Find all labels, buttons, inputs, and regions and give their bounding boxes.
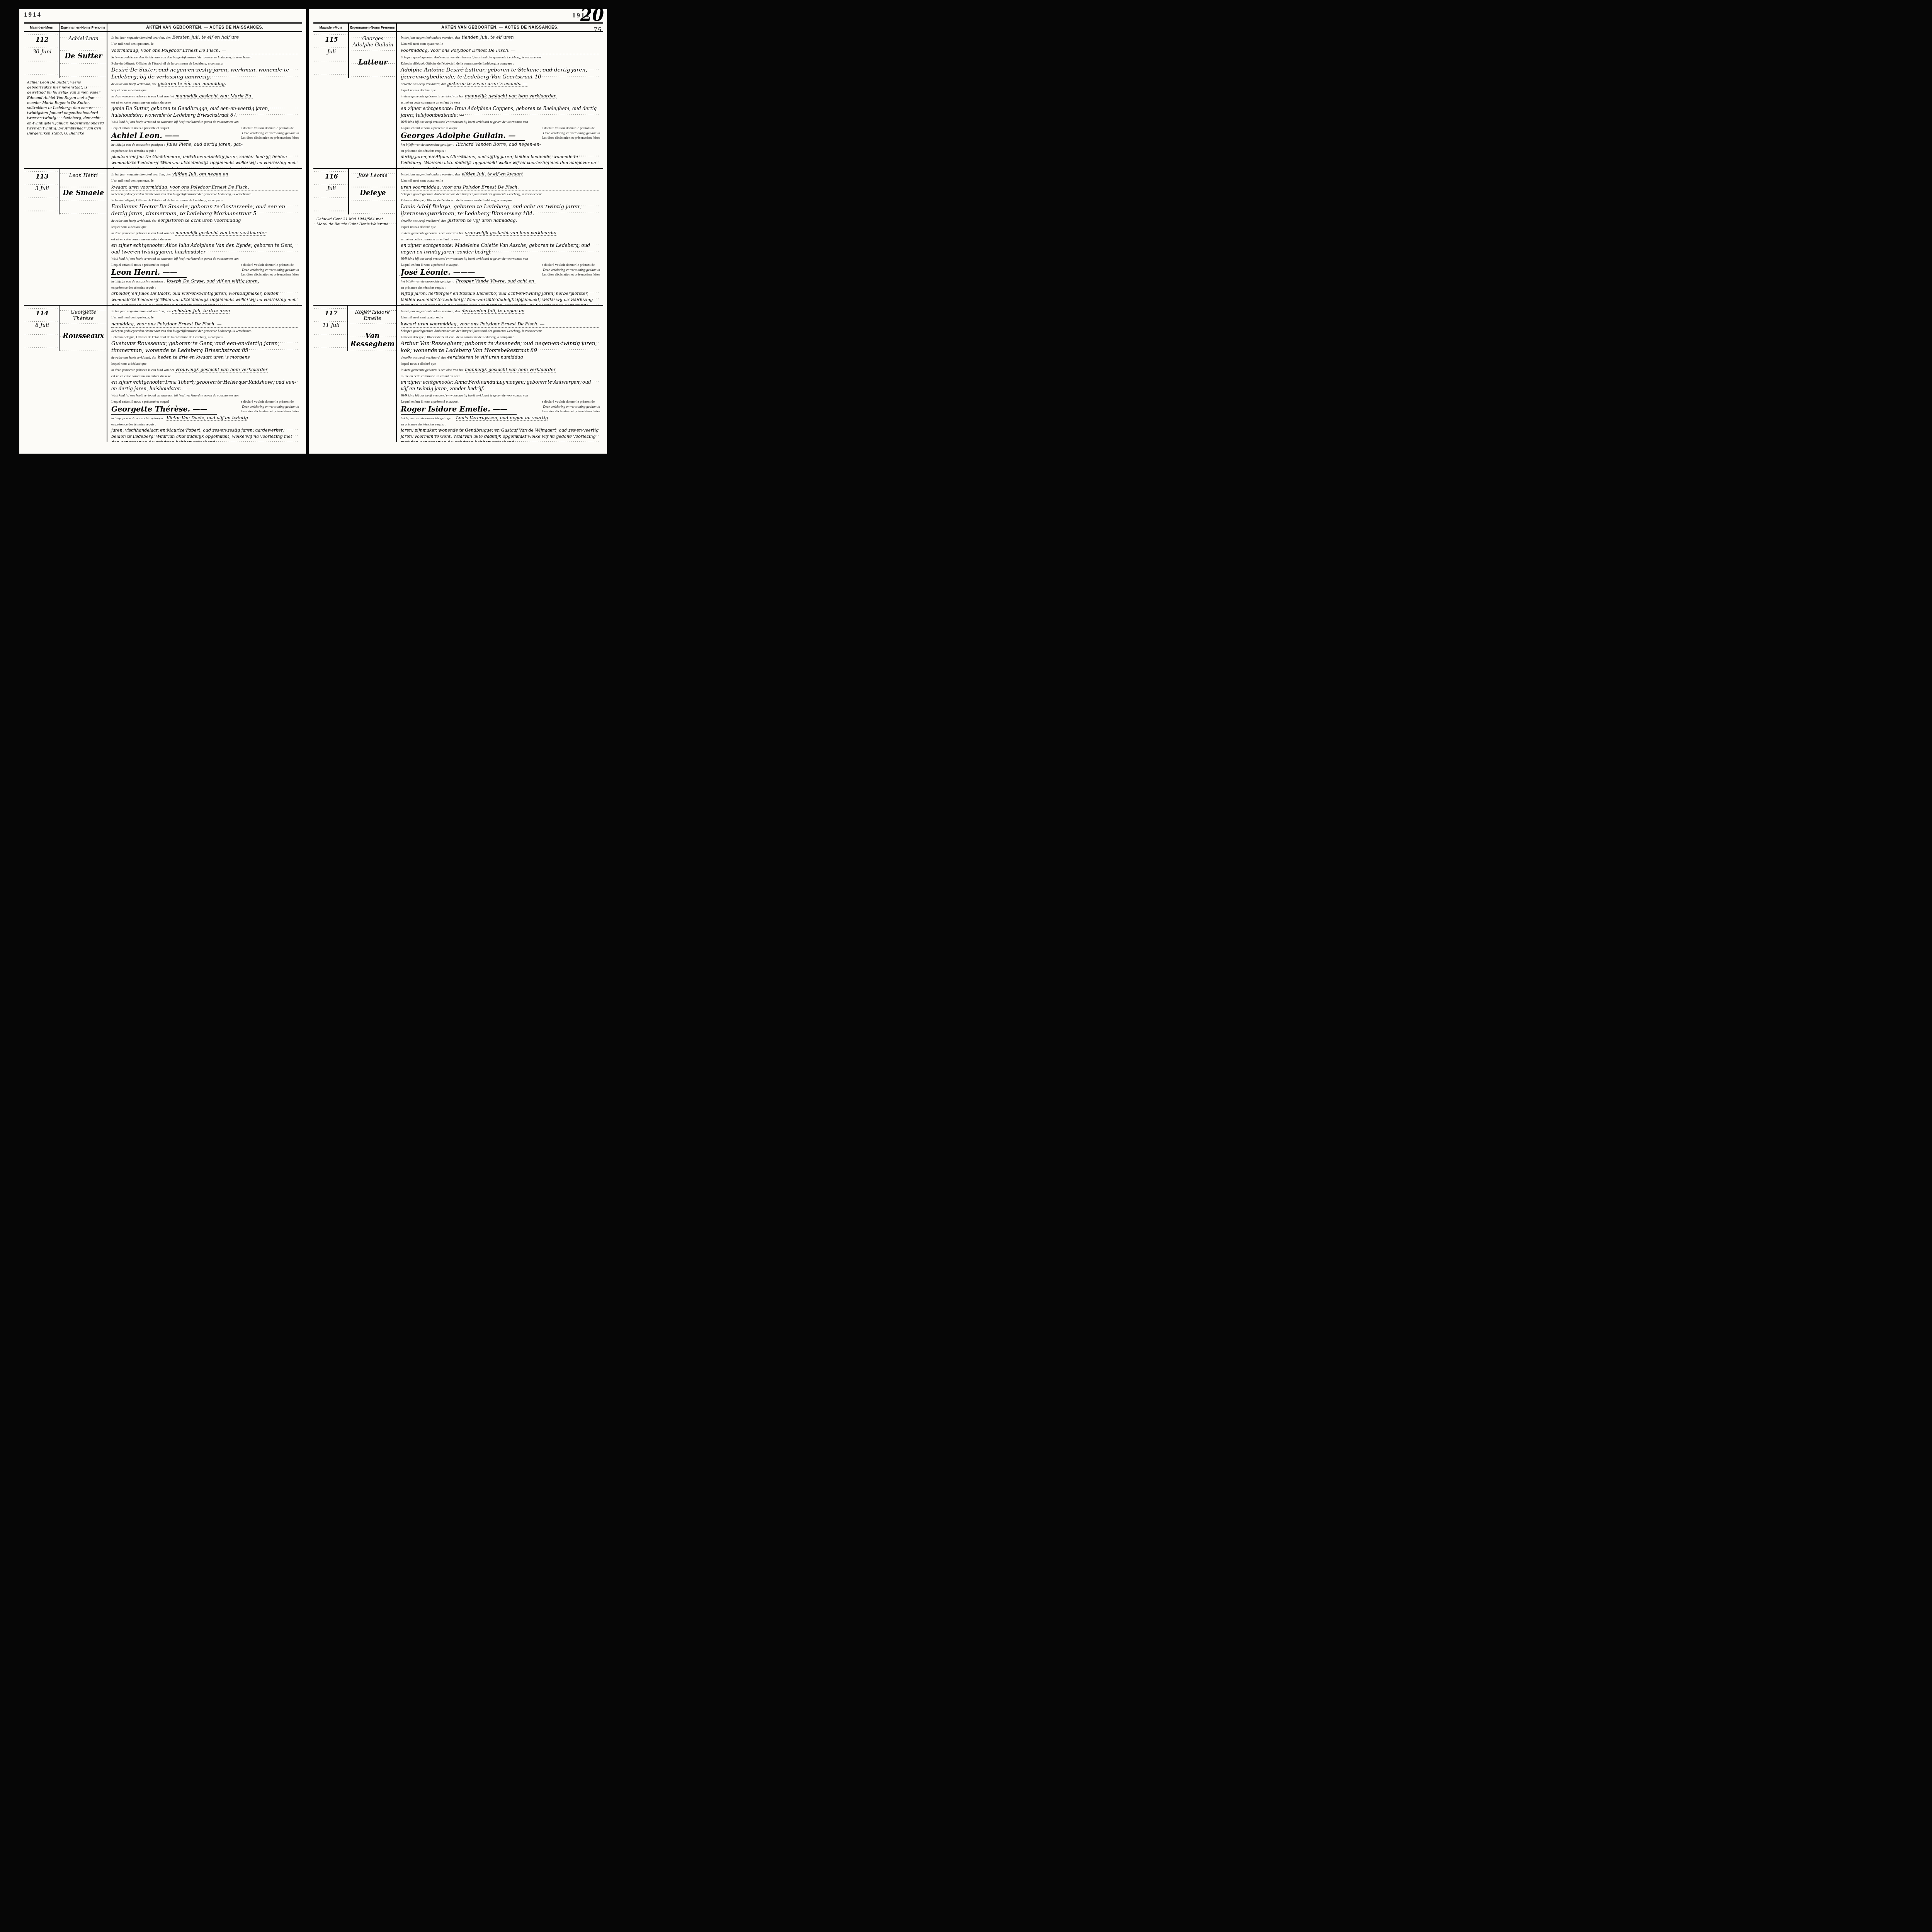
printed-presented-fr-right: a déclaré vouloir donner le prénom de: [542, 262, 595, 268]
act-date: Juli: [316, 49, 347, 55]
page-head-left: 1914: [24, 11, 302, 22]
act-line-opening: In het jaar negentienhonderd veertien, d…: [401, 308, 600, 314]
hw-witness-1: Louis Vercruyssen, oud negen-en-veertig: [456, 415, 548, 421]
act-number: 117: [316, 310, 346, 317]
printed-appeared-fr: Echevin délégué, Officier de l'état-civi…: [111, 197, 299, 203]
hw-declarant: Arthur Van Resseghem, geboren te Assened…: [401, 340, 600, 354]
hw-declarant: Desiré De Sutter, oud negen-en-zestig ja…: [111, 66, 299, 80]
hw-child-sex: mannelijk geslacht van hem verklaarder: [465, 367, 556, 372]
printed-declared-fr: lequel nous a déclaré que: [111, 87, 299, 93]
act-text-cell: In het jaar negentienhonderd veertien, d…: [107, 306, 302, 442]
hw-birth-moment: gisteren te zeven uren 's avonds. —: [447, 81, 527, 87]
printed-witness-nl: het bijzijn van de aanzochte getuigen :: [111, 416, 165, 420]
act-line-declared: dewelke ons heeft verklaard, dat eergist…: [111, 218, 299, 224]
entry-name-cell: Leon Henri De Smaele: [60, 169, 107, 214]
printed-declaration-done: Deze verklaring en vertooning gedaan in …: [542, 405, 600, 413]
printed-decl-done-nl: Deze verklaring en vertooning gedaan in: [241, 268, 299, 272]
entry-left-row: 112 30 Juni Achiel Leon De Sutter: [24, 32, 107, 78]
printed-declared-fr: lequel nous a déclaré que: [401, 87, 600, 93]
printed-appeared-fr: Echevin délégué, Officier de l'état-civi…: [401, 61, 600, 66]
printed-presented-fr-right: a déclaré vouloir donner le prénom de: [241, 125, 294, 131]
act-date: Juli: [316, 185, 347, 192]
hw-birth-moment: heden te drie en kwaart uren 's morgens: [158, 354, 250, 360]
hw-officer: namiddag, voor ons Polydoor Ernest De Fi…: [111, 320, 299, 328]
register-page-right: 1914 20 75 Maanden-Mois Eigennamen-Noms …: [309, 9, 607, 454]
child-surname: Latteur: [351, 58, 395, 66]
act-line-witnesses: het bijzijn van de aanzochte getuigen : …: [401, 141, 600, 148]
printed-declared-nl: dewelke ons heeft verklaard, dat: [111, 355, 156, 359]
hw-mother: en zijner echtgenoote: Anna Ferdinanda L…: [401, 379, 600, 392]
entry-left-row: 115 Juli Georges Adolphe Guilain Latteur: [313, 32, 396, 78]
printed-presented-fr-left: Lequel enfant il nous a présenté et auqu…: [401, 399, 459, 405]
printed-decl-done-nl: Deze verklaring en vertooning gedaan in: [241, 405, 299, 409]
act-number: 115: [316, 36, 347, 43]
entry-name-cell: Roger Isidore Emelie Van Resseghem: [348, 306, 396, 351]
hw-mother: en zijner echtgenoote: Irma Adolphina Co…: [401, 105, 600, 119]
act-line-born: in deze gemeente geboren is een kind van…: [401, 367, 600, 373]
act-line-witnesses: het bijzijn van de aanzochte getuigen : …: [111, 415, 299, 421]
printed-presented-nl: Welk kind hij ons heeft vertoond en waar…: [111, 119, 299, 125]
entry-left-row: 114 8 Juli Georgette Thérèse Rousseaux: [24, 306, 107, 351]
act-number: 114: [27, 310, 57, 317]
entry-date-cell: 117 11 Juli: [313, 306, 348, 351]
printed-born-fr: est né en cette commune un enfant du sex…: [401, 100, 600, 105]
printed-presented-fr-right: a déclaré vouloir donner le prénom de: [542, 125, 595, 131]
entry-date-cell: 116 Juli: [313, 169, 349, 214]
printed-declaration-done: Deze verklaring en vertooning gedaan in …: [241, 131, 299, 140]
printed-born-fr: est né en cette commune un enfant du sex…: [401, 236, 600, 242]
printed-decl-done-nl: Deze verklaring en vertooning gedaan in: [542, 268, 600, 272]
printed-presented-nl: Welk kind hij ons heeft vertoond en waar…: [401, 119, 600, 125]
printed-appeared-fr: Echevin délégué, Officier de l'état-civi…: [111, 334, 299, 340]
printed-opening-fr: L'an mil neuf cent quatorze, le: [111, 315, 299, 320]
printed-declared-fr: lequel nous a déclaré que: [401, 361, 600, 367]
column-header-month: Maanden-Mois: [24, 24, 60, 31]
hw-child-sex: mannelijk geslacht van hem verklaarder,: [465, 93, 557, 99]
printed-opening-nl: In het jaar negentienhonderd veertien, d…: [401, 172, 460, 176]
printed-presented-nl: Welk kind hij ons heeft vertoond en waar…: [401, 256, 600, 262]
margin-annotation: Achiel Leon De Sutter, wiens geboorteakt…: [24, 78, 107, 136]
printed-born-fr: est né en cette commune un enfant du sex…: [111, 100, 299, 105]
printed-witness-nl: het bijzijn van de aanzochte getuigen :: [401, 143, 454, 146]
act-number: 112: [27, 36, 57, 43]
act-line-declared: dewelke ons heeft verklaard, dat gistere…: [401, 218, 600, 224]
printed-appeared-nl: Schepen gedelegeerden Ambtenaar van den …: [401, 191, 600, 197]
printed-decl-done-nl: Deze verklaring en vertooning gedaan in: [241, 131, 299, 136]
act-text-cell: In het jaar negentienhonderd veertien, d…: [107, 32, 302, 168]
printed-witness-nl: het bijzijn van de aanzochte getuigen :: [401, 416, 454, 420]
hw-child-sex: mannelijk geslacht van: Marie Eu-: [175, 93, 253, 99]
column-header-names: Eigennamen-Noms Prenoms: [349, 24, 397, 31]
printed-presented-fr: Lequel enfant il nous a présenté et auqu…: [401, 262, 600, 268]
act-line-witnesses: het bijzijn van de aanzochte getuigen : …: [111, 278, 299, 284]
printed-declaration-done: Deze verklaring en vertooning gedaan in …: [241, 405, 299, 413]
act-child-name-row: Roger Isidore Emelie. —— Deze verklaring…: [401, 405, 600, 415]
printed-appeared-fr: Echevin délégué, Officier de l'état-civi…: [401, 197, 600, 203]
act-text-cell: In het jaar negentienhonderd veertien, d…: [397, 169, 603, 305]
register-entry-117: 117 11 Juli Roger Isidore Emelie Van Res…: [313, 305, 603, 442]
printed-decl-done-fr: Les dites déclaration et présentation fa…: [542, 136, 600, 140]
act-line-declared: dewelke ons heeft verklaard, dat gistere…: [401, 81, 600, 87]
scanned-register-spread: 1914 Maanden-Mois Eigennamen-Noms Prenom…: [0, 0, 617, 459]
hw-opening: dertienden Juli, te negen en: [462, 308, 525, 314]
printed-declared-nl: dewelke ons heeft verklaard, dat: [111, 82, 156, 86]
hw-witness-2: arbeider, en Jules De Baets, oud vier-en…: [111, 291, 299, 305]
table-header: Maanden-Mois Eigennamen-Noms Prenoms AKT…: [313, 22, 603, 32]
printed-opening-nl: In het jaar negentienhonderd veertien, d…: [111, 309, 171, 313]
hw-opening: Eersten Juli, te elf en half ure: [172, 34, 239, 40]
act-line-declared: dewelke ons heeft verklaard, dat heden t…: [111, 354, 299, 361]
printed-appeared-nl: Schepen gedelegeerden Ambtenaar van den …: [401, 54, 600, 60]
hw-witness-1: Jules Piens, oud dertig jaren, gaz-: [167, 141, 243, 147]
act-line-opening: In het jaar negentienhonderd veertien, d…: [111, 308, 299, 314]
printed-presented-fr: Lequel enfant il nous a présenté et auqu…: [111, 125, 299, 131]
hw-birth-moment: eergisteren te acht uren voormiddag: [158, 218, 241, 223]
register-page-left: 1914 Maanden-Mois Eigennamen-Noms Prenom…: [19, 9, 306, 454]
printed-opening-nl: In het jaar negentienhonderd veertien, d…: [111, 36, 171, 39]
child-surname: De Smaele: [62, 189, 105, 197]
printed-witness-fr: en présence des témoins requis :: [111, 422, 299, 427]
entry-left-columns: 117 11 Juli Roger Isidore Emelie Van Res…: [313, 306, 397, 442]
entry-left-columns: 115 Juli Georges Adolphe Guilain Latteur: [313, 32, 397, 168]
act-date: 3 Juli: [27, 185, 57, 192]
printed-witness-fr: en présence des témoins requis :: [111, 285, 299, 291]
printed-opening-fr: L'an mil neuf cent quatorze, le: [111, 41, 299, 47]
printed-witness-nl: het bijzijn van de aanzochte getuigen :: [111, 143, 165, 146]
entry-date-cell: 115 Juli: [313, 32, 349, 78]
act-text-cell: In het jaar negentienhonderd veertien, d…: [107, 169, 302, 305]
printed-presented-fr: Lequel enfant il nous a présenté et auqu…: [401, 399, 600, 405]
hw-declarant: Emilianus Hector De Smaele, geboren te O…: [111, 203, 299, 217]
column-header-acts: AKTEN VAN GEBOORTEN. — ACTES DE NAISSANC…: [397, 24, 603, 31]
hw-witness-1: Prosper Vande Vivere, oud acht-en-: [456, 278, 536, 284]
act-line-opening: In het jaar negentienhonderd veertien, d…: [111, 34, 299, 41]
hw-officer: voormiddag, voor ons Polydoor Ernest De …: [401, 47, 600, 54]
act-line-witnesses: het bijzijn van de aanzochte getuigen : …: [111, 141, 299, 148]
printed-decl-done-nl: Deze verklaring en vertooning gedaan in: [542, 405, 600, 409]
printed-declared-fr: lequel nous a déclaré que: [111, 224, 299, 230]
hw-declarant: Adolphe Antoine Desiré Latteur, geboren …: [401, 66, 600, 80]
child-given-names: Roger Isidore Emelie: [350, 310, 395, 322]
child-surname: Van Resseghem: [350, 332, 395, 348]
hw-child-sex: vrouwelijk geslacht van hem verklaarder: [175, 367, 268, 372]
hw-officer: kwaart uren voormiddag, voor ons Polydoo…: [401, 320, 600, 328]
hw-child-name: Achiel Leon. ——: [111, 131, 189, 141]
act-child-name-row: Leon Henri. —— Deze verklaring en vertoo…: [111, 268, 299, 278]
printed-witness-fr: en présence des témoins requis :: [401, 148, 600, 154]
printed-declared-fr: lequel nous a déclaré que: [401, 224, 600, 230]
printed-appeared-nl: Schepen gedelegeerden Ambtenaar van den …: [111, 328, 299, 334]
hw-witness-2: dertig jaren, en Alfons Christiaens, oud…: [401, 154, 600, 168]
register-entry-113: 113 3 Juli Leon Henri De Smaele In het j…: [24, 168, 302, 305]
act-line-born: in deze gemeente geboren is een kind van…: [111, 367, 299, 373]
act-child-name-row: Georgette Thérèse. —— Deze verklaring en…: [111, 405, 299, 415]
printed-decl-done-nl: Deze verklaring en vertooning gedaan in: [542, 131, 600, 136]
printed-presented-fr-right: a déclaré vouloir donner le prénom de: [241, 399, 294, 405]
printed-presented-nl: Welk kind hij ons heeft vertoond en waar…: [401, 393, 600, 398]
entry-left-row: 113 3 Juli Leon Henri De Smaele: [24, 169, 107, 214]
act-line-born: in deze gemeente geboren is een kind van…: [401, 230, 600, 236]
printed-appeared-nl: Schepen gedelegeerden Ambtenaar van den …: [111, 191, 299, 197]
hw-witness-1: Richard Vanden Borre, oud negen-en-: [456, 141, 541, 147]
printed-born-nl: in deze gemeente geboren is een kind van…: [111, 231, 174, 235]
printed-declared-nl: dewelke ons heeft verklaard, dat: [401, 355, 446, 359]
hw-mother: en zijner echtgenoote: Madeleine Colette…: [401, 242, 600, 255]
printed-declared-nl: dewelke ons heeft verklaard, dat: [401, 82, 446, 86]
act-line-declared: dewelke ons heeft verklaard, dat gistere…: [111, 81, 299, 87]
act-child-name-row: Georges Adolphe Guilain. — Deze verklari…: [401, 131, 600, 141]
printed-presented-fr: Lequel enfant il nous a présenté et auqu…: [111, 399, 299, 405]
printed-born-fr: est né en cette commune un enfant du sex…: [401, 373, 600, 379]
hw-witness-2: jaren, vischhandelaar, en Maurice Fobert…: [111, 427, 299, 442]
printed-decl-done-fr: Les dites déclaration et présentation fa…: [241, 409, 299, 414]
printed-declared-fr: lequel nous a déclaré que: [111, 361, 299, 367]
act-child-name-row: Achiel Leon. —— Deze verklaring en verto…: [111, 131, 299, 141]
printed-opening-fr: L'an mil neuf cent quatorze, le: [111, 178, 299, 184]
printed-presented-fr-left: Lequel enfant il nous a présenté et auqu…: [111, 262, 169, 268]
act-text-cell: In het jaar negentienhonderd veertien, d…: [397, 32, 603, 168]
hw-birth-moment: gisteren te één uur namiddag.: [158, 81, 226, 87]
entry-name-cell: José Léonie Deleye: [349, 169, 396, 214]
printed-appeared-nl: Schepen gedelegeerden Ambtenaar van den …: [111, 54, 299, 60]
act-date: 11 Juli: [316, 322, 346, 328]
act-number: 116: [316, 173, 347, 180]
printed-presented-fr: Lequel enfant il nous a présenté et auqu…: [401, 125, 600, 131]
printed-appeared-fr: Echevin délégué, Officier de l'état-civi…: [401, 334, 600, 340]
printed-presented-fr-left: Lequel enfant il nous a présenté et auqu…: [111, 399, 169, 405]
act-text-cell: In het jaar negentienhonderd veertien, d…: [397, 306, 603, 442]
child-given-names: Georgette Thérèse: [62, 310, 105, 322]
register-entry-112: 112 30 Juni Achiel Leon De Sutter Achiel…: [24, 32, 302, 168]
register-entry-115: 115 Juli Georges Adolphe Guilain Latteur…: [313, 32, 603, 168]
hw-child-name: Georges Adolphe Guilain. —: [401, 131, 525, 141]
act-line-born: in deze gemeente geboren is een kind van…: [111, 230, 299, 236]
act-date: 8 Juli: [27, 322, 57, 328]
printed-opening-nl: In het jaar negentienhonderd veertien, d…: [111, 172, 171, 176]
child-given-names: Georges Adolphe Guilain: [351, 36, 395, 48]
hw-officer: kwaart uren voormiddag, voor ons Polydoo…: [111, 184, 299, 191]
hw-witness-2: plaatser en Jan De Guchtenaere, oud drie…: [111, 154, 299, 168]
printed-presented-fr: Lequel enfant il nous a présenté et auqu…: [111, 262, 299, 268]
hw-declarant: Louis Adolf Deleye, geboren te Ledeberg,…: [401, 203, 600, 217]
printed-witness-nl: het bijzijn van de aanzochte getuigen :: [111, 279, 165, 283]
handwritten-folio-number: 75: [593, 26, 602, 34]
column-header-acts: AKTEN VAN GEBOORTEN. — ACTES DE NAISSANC…: [107, 24, 302, 31]
printed-opening-fr: L'an mil neuf cent quatorze, le: [401, 41, 600, 47]
printed-born-nl: in deze gemeente geboren is een kind van…: [401, 368, 463, 372]
printed-witness-fr: en présence des témoins requis :: [111, 148, 299, 154]
hw-child-name: José Léonie. ———: [401, 268, 485, 278]
printed-witness-fr: en présence des témoins requis :: [401, 285, 600, 291]
book-spread: 1914 Maanden-Mois Eigennamen-Noms Prenom…: [0, 0, 617, 457]
entry-date-cell: 113 3 Juli: [24, 169, 60, 214]
printed-opening-nl: In het jaar negentienhonderd veertien, d…: [401, 36, 460, 39]
hw-witness-2: jaren, pijnmaker, wonende te Gendbrugge,…: [401, 427, 600, 442]
printed-presented-nl: Welk kind hij ons heeft vertoond en waar…: [111, 393, 299, 398]
hw-opening: achtsten Juli, te drie uren: [172, 308, 230, 314]
hw-mother: en zijner echtgenoote: Alice Julia Adolp…: [111, 242, 299, 255]
entry-name-cell: Achiel Leon De Sutter: [60, 32, 107, 78]
entry-date-cell: 112 30 Juni: [24, 32, 60, 78]
act-number: 113: [27, 173, 57, 180]
act-child-name-row: José Léonie. ——— Deze verklaring en vert…: [401, 268, 600, 278]
printed-decl-done-fr: Les dites déclaration et présentation fa…: [241, 272, 299, 277]
printed-appeared-nl: Schepen gedelegeerden Ambtenaar van den …: [401, 328, 600, 334]
entry-name-cell: Georges Adolphe Guilain Latteur: [349, 32, 396, 78]
printed-decl-done-fr: Les dites déclaration et présentation fa…: [542, 409, 600, 414]
printed-decl-done-fr: Les dites déclaration et présentation fa…: [241, 136, 299, 140]
hw-witness-2: vijftig jaren, herbergier en Rosalie Bis…: [401, 291, 600, 305]
printed-opening-fr: L'an mil neuf cent quatorze, le: [401, 315, 600, 320]
printed-born-nl: in deze gemeente geboren is een kind van…: [401, 231, 463, 235]
entry-date-cell: 114 8 Juli: [24, 306, 60, 351]
printed-appeared-fr: Echevin délégué, Officier de l'état-civi…: [111, 61, 299, 66]
act-line-opening: In het jaar negentienhonderd veertien, d…: [401, 34, 600, 41]
printed-presented-fr-right: a déclaré vouloir donner le prénom de: [542, 399, 595, 405]
printed-presented-fr-right: a déclaré vouloir donner le prénom de: [241, 262, 294, 268]
page-year: 1914: [24, 11, 42, 18]
hw-witness-1: Victor Van Daele, oud vijf-en-twintig: [167, 415, 248, 421]
act-line-opening: In het jaar negentienhonderd veertien, d…: [401, 171, 600, 177]
hw-declarant: Gustavus Rousseaux, geboren te Gent, oud…: [111, 340, 299, 354]
register-entry-116: 116 Juli José Léonie Deleye Gehuwd Gent …: [313, 168, 603, 305]
printed-declaration-done: Deze verklaring en vertooning gedaan in …: [241, 268, 299, 277]
table-header: Maanden-Mois Eigennamen-Noms Prenoms AKT…: [24, 22, 302, 32]
printed-born-nl: in deze gemeente geboren is een kind van…: [111, 94, 174, 98]
hw-opening: vijfden Juli, om negen en: [172, 171, 228, 177]
child-given-names: José Léonie: [351, 173, 395, 179]
printed-declared-nl: dewelke ons heeft verklaard, dat: [401, 219, 446, 223]
handwritten-page-number: 20: [580, 5, 604, 25]
printed-born-nl: in deze gemeente geboren is een kind van…: [401, 94, 463, 98]
child-surname: De Sutter: [62, 52, 105, 60]
page-head-right: 1914 20 75: [313, 11, 603, 22]
child-surname: Deleye: [351, 189, 395, 197]
printed-born-fr: est né en cette commune un enfant du sex…: [111, 373, 299, 379]
child-given-names: Leon Henri: [62, 173, 105, 179]
hw-child-sex: mannelijk geslacht van hem verklaarder: [175, 230, 266, 236]
act-line-born: in deze gemeente geboren is een kind van…: [401, 93, 600, 99]
entry-left-columns: 113 3 Juli Leon Henri De Smaele: [24, 169, 107, 305]
hw-child-sex: vrouwelijk geslacht van hem verklaarder: [465, 230, 557, 236]
register-entry-114: 114 8 Juli Georgette Thérèse Rousseaux I…: [24, 305, 302, 442]
printed-born-fr: est né en cette commune un enfant du sex…: [111, 236, 299, 242]
act-line-witnesses: het bijzijn van de aanzochte getuigen : …: [401, 415, 600, 421]
hw-opening: tienden Juli, te elf uren: [462, 34, 514, 40]
hw-birth-moment: gisteren te vijf uren namiddag,: [447, 218, 517, 223]
hw-witness-1: Joseph De Gryse, oud vijf-en-vijftig jar…: [167, 278, 259, 284]
act-line-opening: In het jaar negentienhonderd veertien, d…: [111, 171, 299, 177]
printed-opening-fr: L'an mil neuf cent quatorze, le: [401, 178, 600, 184]
column-header-month: Maanden-Mois: [313, 24, 349, 31]
hw-child-name: Leon Henri. ——: [111, 268, 187, 278]
printed-witness-fr: en présence des témoins requis :: [401, 422, 600, 427]
entry-left-columns: 116 Juli José Léonie Deleye Gehuwd Gent …: [313, 169, 397, 305]
entry-left-row: 117 11 Juli Roger Isidore Emelie Van Res…: [313, 306, 396, 351]
entry-left-row: 116 Juli José Léonie Deleye: [313, 169, 396, 214]
printed-declared-nl: dewelke ons heeft verklaard, dat: [111, 219, 156, 223]
column-header-names: Eigennamen-Noms Prenoms: [60, 24, 107, 31]
hw-opening: elfden Juli, te elf en kwaart: [462, 171, 523, 177]
printed-born-nl: in deze gemeente geboren is een kind van…: [111, 368, 174, 372]
act-line-declared: dewelke ons heeft verklaard, dat eergist…: [401, 354, 600, 361]
entry-name-cell: Georgette Thérèse Rousseaux: [60, 306, 107, 351]
printed-declaration-done: Deze verklaring en vertooning gedaan in …: [542, 268, 600, 277]
act-line-witnesses: het bijzijn van de aanzochte getuigen : …: [401, 278, 600, 284]
hw-officer: uren voormiddag, voor ons Polydor Ernest…: [401, 184, 600, 191]
printed-presented-fr-left: Lequel enfant il nous a présenté et auqu…: [401, 262, 459, 268]
printed-opening-nl: In het jaar negentienhonderd veertien, d…: [401, 309, 460, 313]
hw-officer: voormiddag, voor ons Polydoor Ernest De …: [111, 47, 299, 54]
printed-witness-nl: het bijzijn van de aanzochte getuigen :: [401, 279, 454, 283]
hw-mother: en zijner echtgenoote: Irma Tobert, gebo…: [111, 379, 299, 392]
margin-annotation: Gehuwd Gent 31 Mei 1944/564 met Morel de…: [313, 214, 396, 227]
printed-presented-fr-left: Lequel enfant il nous a présenté et auqu…: [111, 125, 169, 131]
child-surname: Rousseaux: [62, 332, 105, 340]
child-given-names: Achiel Leon: [62, 36, 105, 42]
entry-left-columns: 114 8 Juli Georgette Thérèse Rousseaux: [24, 306, 107, 442]
printed-presented-nl: Welk kind hij ons heeft vertoond en waar…: [111, 256, 299, 262]
hw-child-name: Georgette Thérèse. ——: [111, 405, 217, 415]
printed-declaration-done: Deze verklaring en vertooning gedaan in …: [542, 131, 600, 140]
entry-left-columns: 112 30 Juni Achiel Leon De Sutter Achiel…: [24, 32, 107, 168]
printed-presented-fr-left: Lequel enfant il nous a présenté et auqu…: [401, 125, 459, 131]
hw-mother: genie De Sutter, geboren te Gendbrugge, …: [111, 105, 299, 119]
printed-decl-done-fr: Les dites déclaration et présentation fa…: [542, 272, 600, 277]
act-line-born: in deze gemeente geboren is een kind van…: [111, 93, 299, 99]
act-date: 30 Juni: [27, 49, 57, 55]
hw-child-name: Roger Isidore Emelie. ——: [401, 405, 517, 415]
hw-birth-moment: eergisteren te vijf uren namiddag: [447, 354, 523, 360]
